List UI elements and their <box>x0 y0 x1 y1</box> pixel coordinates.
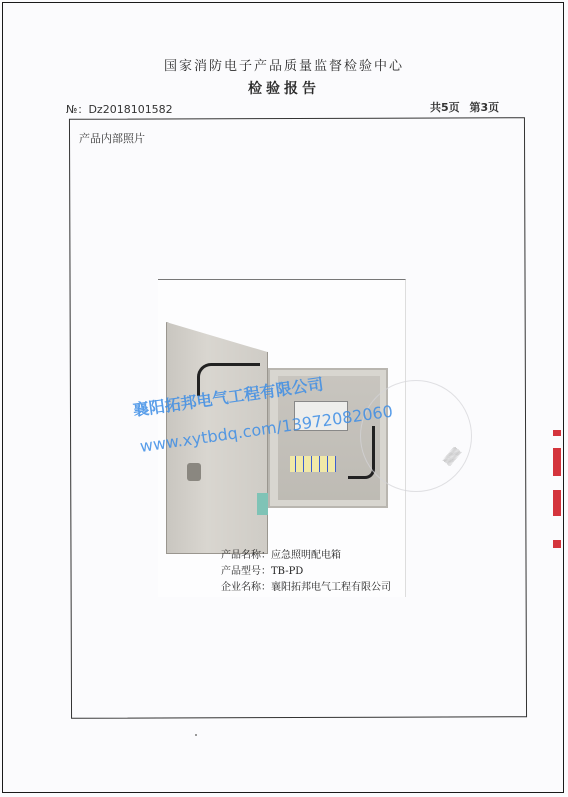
circuit-breakers <box>290 456 336 472</box>
caption-value: TB-PD <box>271 566 303 577</box>
faint-seal-stamp: ▒▒▒ <box>360 380 472 492</box>
scan-speck <box>195 734 197 736</box>
caption-value: 应急照明配电箱 <box>271 550 341 561</box>
page-info: 共5页 第3页 <box>430 99 499 115</box>
caption-value: 襄阳拓邦电气工程有限公司 <box>271 582 391 593</box>
caption-product-name: 产品名称：应急照明配电箱 <box>221 546 341 561</box>
header-title: 国家消防电子产品质量监督检验中心 <box>0 55 568 74</box>
red-seal-edge <box>553 430 563 560</box>
section-label: 产品内部照片 <box>79 130 145 146</box>
report-number-value: Dz2018101582 <box>88 103 172 116</box>
caption-label: 产品名称： <box>221 550 271 561</box>
door-handle <box>187 463 201 481</box>
caption-company-name: 企业名称：襄阳拓邦电气工程有限公司 <box>221 578 391 593</box>
report-number: №：Dz2018101582 <box>66 101 173 117</box>
report-number-label: №： <box>66 103 88 116</box>
caption-label: 企业名称： <box>221 582 271 593</box>
seal-text: ▒▒▒ <box>442 447 461 467</box>
caption-product-model: 产品型号：TB-PD <box>221 562 303 577</box>
header-subtitle: 检验报告 <box>0 78 568 98</box>
caption-label: 产品型号： <box>221 566 271 577</box>
